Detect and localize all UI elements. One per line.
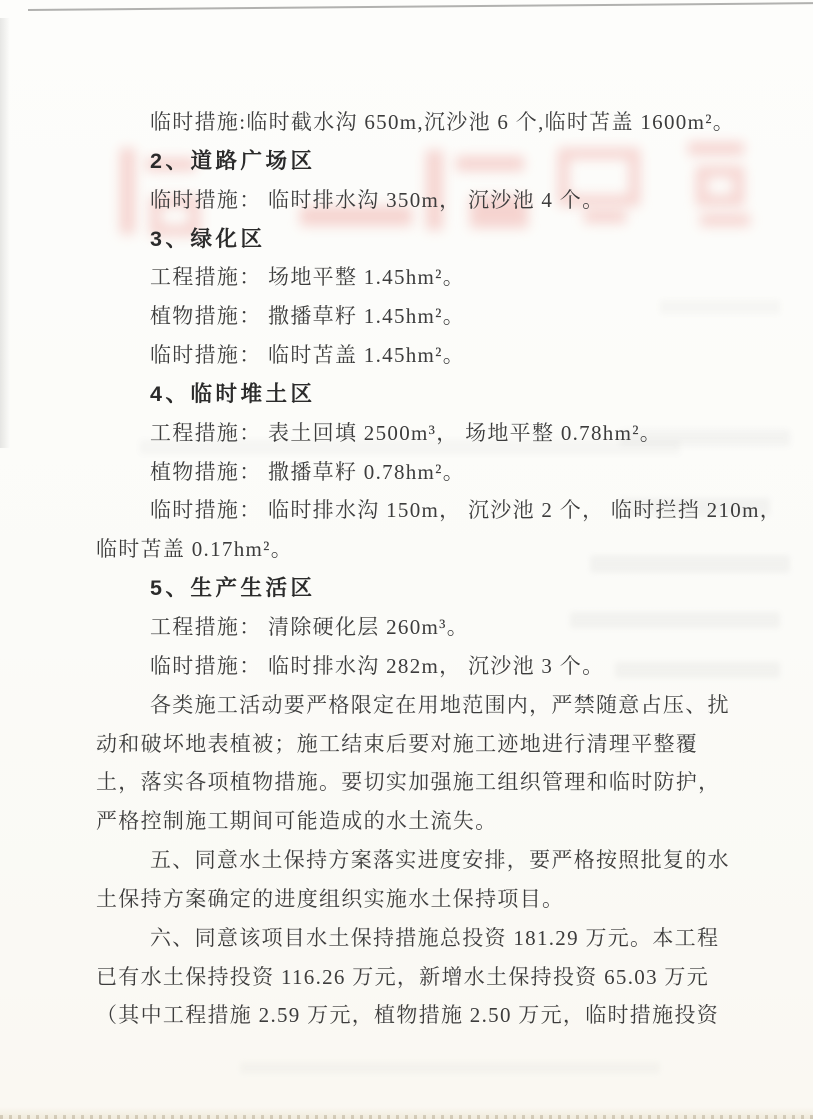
- text-line: 严格控制施工期间可能造成的水土流失。: [0, 802, 813, 841]
- text-line: （其中工程措施 2.59 万元，植物措施 2.50 万元，临时措施投资: [0, 996, 813, 1035]
- text-line: 临时措施： 临时苫盖 1.45hm²。: [0, 336, 813, 375]
- section-heading: 2、道路广场区: [0, 142, 813, 181]
- text-line: 各类施工活动要严格限定在用地范围内，严禁随意占压、扰: [0, 686, 813, 725]
- text-line: 植物措施： 撒播草籽 1.45hm²。: [0, 297, 813, 336]
- document-body: 临时措施:临时截水沟 650m,沉沙池 6 个,临时苫盖 1600m²。2、道路…: [0, 103, 813, 1035]
- text-line: 临时苫盖 0.17hm²。: [0, 530, 813, 569]
- text-line: 动和破坏地表植被；施工结束后要对施工迹地进行清理平整覆: [0, 725, 813, 764]
- text-line: 土，落实各项植物措施。要切实加强施工组织管理和临时防护，: [0, 763, 813, 802]
- scan-bottom-speckles: [0, 1115, 813, 1119]
- text-line: 六、同意该项目水土保持措施总投资 181.29 万元。本工程: [0, 919, 813, 958]
- text-line: 临时措施： 临时排水沟 150m， 沉沙池 2 个， 临时拦挡 210m，: [0, 491, 813, 530]
- text-line: 已有水土保持投资 116.26 万元，新增水土保持投资 65.03 万元: [0, 958, 813, 997]
- text-line: 临时措施:临时截水沟 650m,沉沙池 6 个,临时苫盖 1600m²。: [0, 103, 813, 142]
- text-line: 土保持方案确定的进度组织实施水土保持项目。: [0, 880, 813, 919]
- text-line: 工程措施： 场地平整 1.45hm²。: [0, 258, 813, 297]
- text-line: 工程措施： 清除硬化层 260m³。: [0, 608, 813, 647]
- text-line: 工程措施： 表土回填 2500m³， 场地平整 0.78hm²。: [0, 414, 813, 453]
- text-line: 临时措施： 临时排水沟 350m， 沉沙池 4 个。: [0, 181, 813, 220]
- scan-edge-line: [28, 2, 813, 11]
- section-heading: 5、生产生活区: [0, 569, 813, 608]
- text-line: 五、同意水土保持方案落实进度安排，要严格按照批复的水: [0, 841, 813, 880]
- section-heading: 3、绿化区: [0, 220, 813, 259]
- text-line: 植物措施： 撒播草籽 0.78hm²。: [0, 453, 813, 492]
- text-line: 临时措施： 临时排水沟 282m， 沉沙池 3 个。: [0, 647, 813, 686]
- scanned-page: 临时措施:临时截水沟 650m,沉沙池 6 个,临时苫盖 1600m²。2、道路…: [0, 0, 813, 1119]
- section-heading: 4、临时堆土区: [0, 375, 813, 414]
